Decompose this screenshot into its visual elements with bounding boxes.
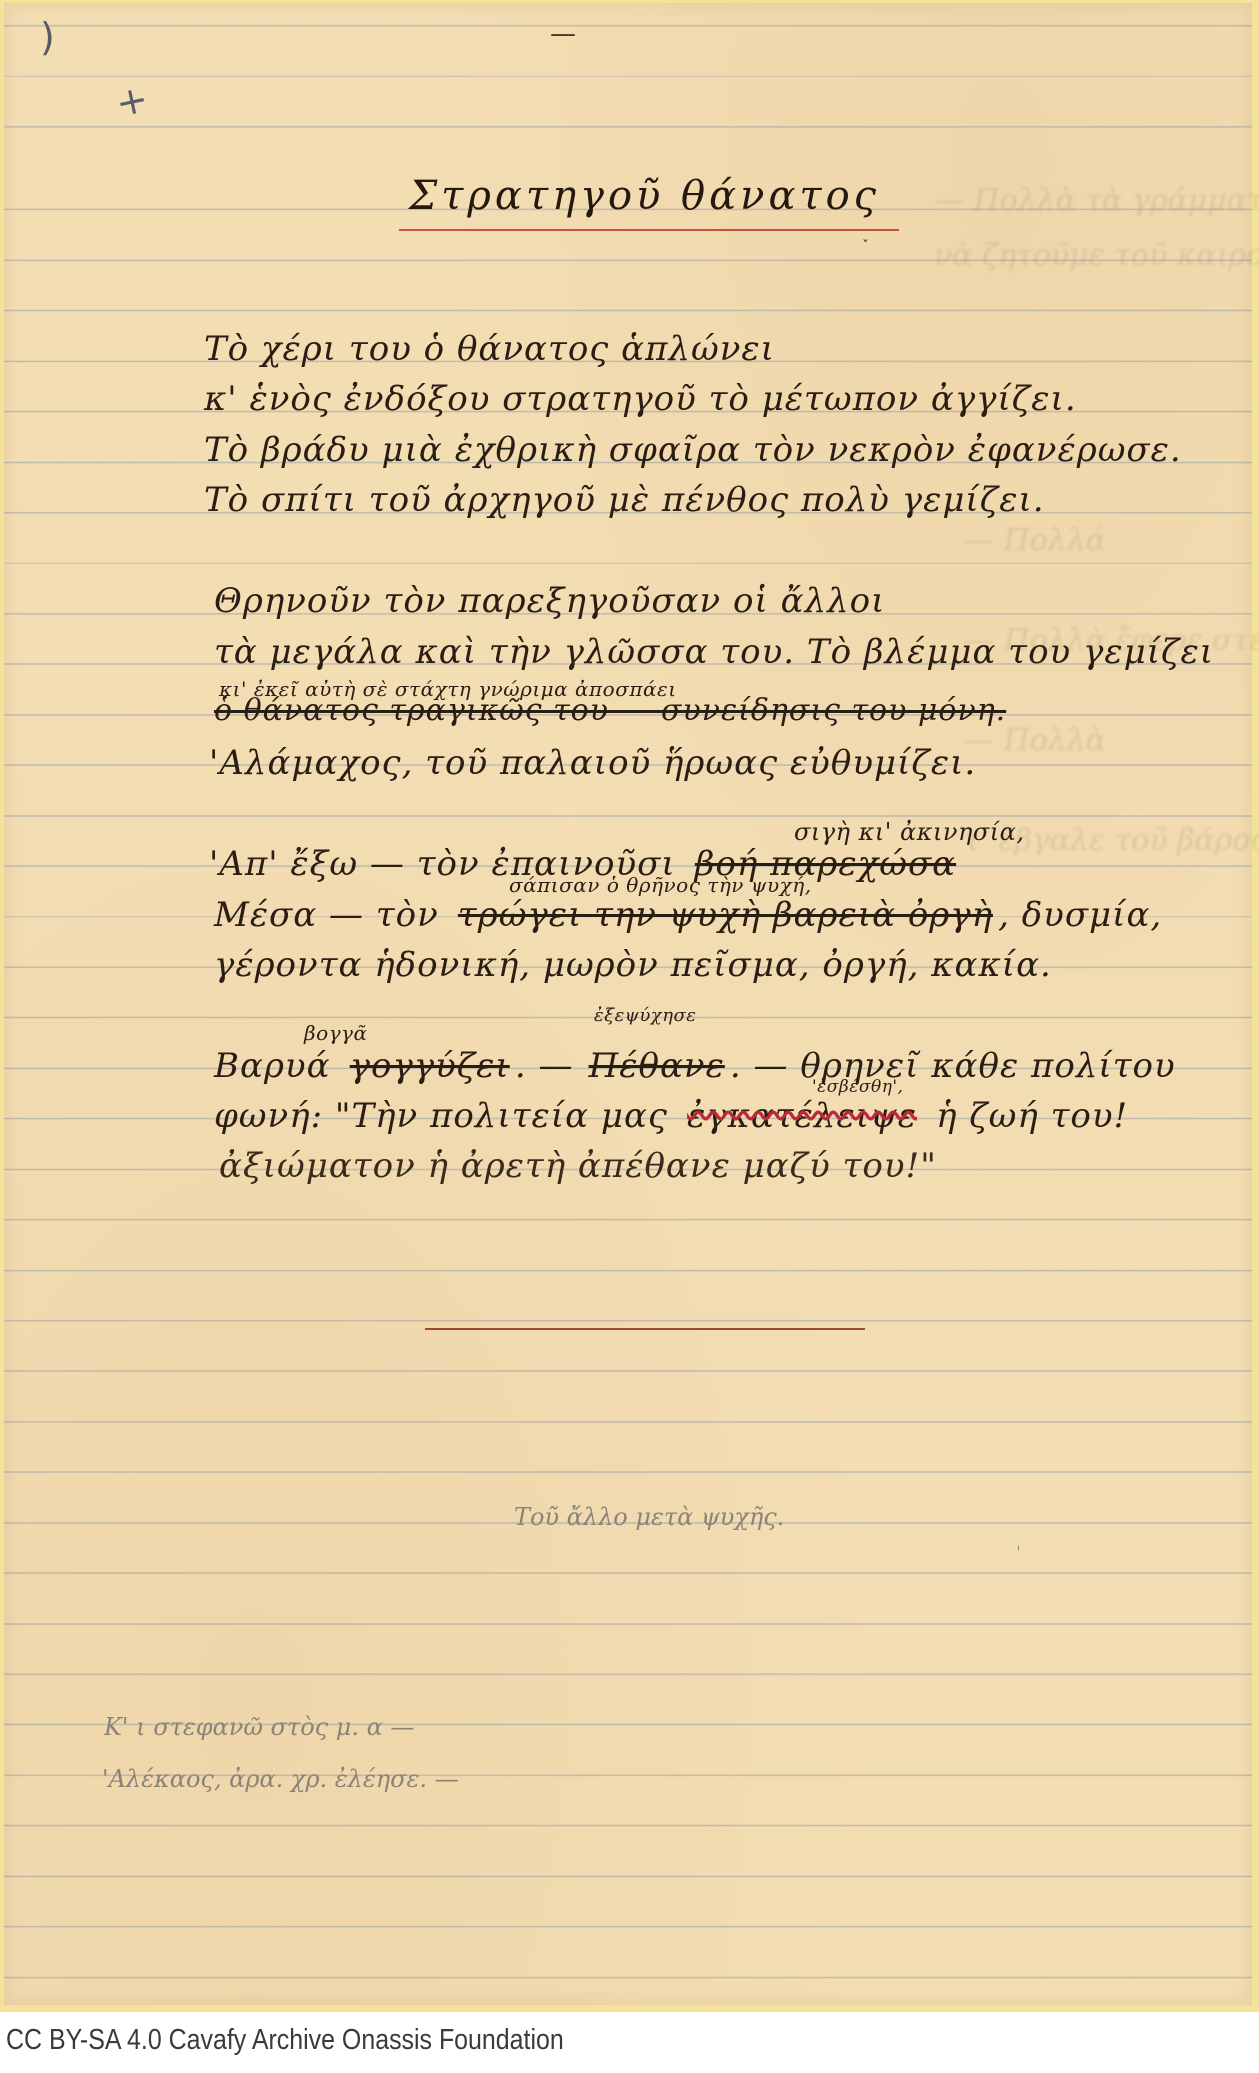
pencil-note-left: 'Αλέκαος, ἀρα. χρ. ἐλέησε. — xyxy=(102,1765,459,1793)
verse-line: φωνή: "Τὴν πολιτεία μας ἐγκατέλειψε ἡ ζω… xyxy=(214,1096,1128,1136)
red-struck-text: ἐγκατέλειψε xyxy=(687,1096,917,1136)
struck-text: γογγύζει xyxy=(350,1046,510,1086)
pencil-note-center: Τοῦ ἄλλο μετὰ ψυχῆς. xyxy=(514,1503,784,1531)
bleed-through-line: νὰ ζητοῦμε τοῦ καιροῦ τοῦ, νὰ κρατῇ ταχθ… xyxy=(934,238,1259,273)
verse-superscript: ἐξεψύχησε xyxy=(594,1005,696,1026)
verse-line: Τὸ σπίτι τοῦ ἀρχηγοῦ μὲ πένθος πολὺ γεμί… xyxy=(204,480,1045,520)
struck-text: τρώγει την ψυχὴ βαρειὰ ὀργὴ xyxy=(458,895,993,935)
verse-text: Μέσα — τὸν xyxy=(214,895,439,935)
title-underline xyxy=(399,229,899,231)
verse-superscript: βογγᾶ xyxy=(304,1021,368,1045)
pencil-tick: ˈ xyxy=(1016,1543,1021,1564)
verse-text: , δυσμία, xyxy=(998,895,1162,935)
verse-line: Τὸ χέρι του ὁ θάνατος ἁπλώνει xyxy=(204,329,775,369)
cross-mark: + xyxy=(112,76,152,126)
license-caption: CC BY-SA 4.0 Cavafy Archive Onassis Foun… xyxy=(6,2024,564,2057)
poem-title: Στρατηγοῦ θάνατος xyxy=(409,173,880,219)
verse-line: τὰ μεγάλα καὶ τὴν γλῶσσα του. Τὸ βλέμμα … xyxy=(214,632,1214,672)
verse-insertion: σάπισαν ὁ θρῆνος τὴν ψυχή, xyxy=(509,873,812,897)
verse-line: Θρηνοῦν τὸν παρεξηγοῦσαν οἱ ἄλλοι xyxy=(214,581,885,621)
verse-line: κ' ἑνὸς ἐνδόξου στρατηγοῦ τὸ μέτωπον ἀγγ… xyxy=(204,379,1077,419)
verse-text: φωνή: "Τὴν πολιτεία μας xyxy=(214,1096,668,1136)
verse-superscript: σιγὴ κι' ἀκινησία, xyxy=(794,818,1024,846)
verse-line: γέροντα ἡδονική, μωρὸν πεῖσμα, ὀργή, κακ… xyxy=(214,945,1052,985)
manuscript-page: — Πολλὰ τὰ γράμματα καὶ οἱ παρακλήσεις σ… xyxy=(4,3,1252,2005)
pencil-note-left: Κ' ι στεφανῶ στὸς μ. α — xyxy=(104,1713,414,1741)
verse-text: Βαρυά xyxy=(214,1046,331,1086)
verse-line: Μέσα — τὸν τρώγει την ψυχὴ βαρειὰ ὀργὴ ,… xyxy=(214,895,1162,935)
verse-line: ἀξιώματον ἡ ἀρετὴ ἀπέθανε μαζύ του!" xyxy=(219,1146,937,1186)
verse-line: 'Αλάμαχος, τοῦ παλαιοῦ ἥρωας εὐθυμίζει. xyxy=(209,743,976,783)
corner-bracket-mark: ) xyxy=(40,15,55,59)
verse-text: . — θρηνεῖ κάθε πολίτου xyxy=(730,1046,1176,1086)
struck-verse-line: ὁ θάνατος τραγικῶς του — συνείδησις του … xyxy=(214,693,1006,728)
top-dash-mark: — xyxy=(550,19,576,49)
asterisk-mark: ˇ xyxy=(862,239,869,255)
verse-text: ἡ ζωή του! xyxy=(936,1096,1128,1136)
red-separator-rule xyxy=(425,1328,865,1330)
bleed-through-line: — Πολλὰ xyxy=(964,723,1106,758)
verse-line: Τὸ βράδυ μιὰ ἐχθρικὴ σφαῖρα τὸν νεκρὸν ἐ… xyxy=(204,430,1182,470)
verse-line: Βαρυά γογγύζει . — Πέθανε . — θρηνεῖ κάθ… xyxy=(214,1046,1176,1086)
verse-superscript: 'ἐσβέσθη', xyxy=(812,1077,903,1097)
bleed-through-line: — Πολλά xyxy=(964,523,1106,558)
bleed-through-line: — Πολλὰ τὰ γράμματα καὶ οἱ παρακλήσεις σ… xyxy=(934,183,1259,218)
struck-text: Πέθανε xyxy=(589,1046,725,1086)
verse-text: . — xyxy=(515,1046,574,1086)
